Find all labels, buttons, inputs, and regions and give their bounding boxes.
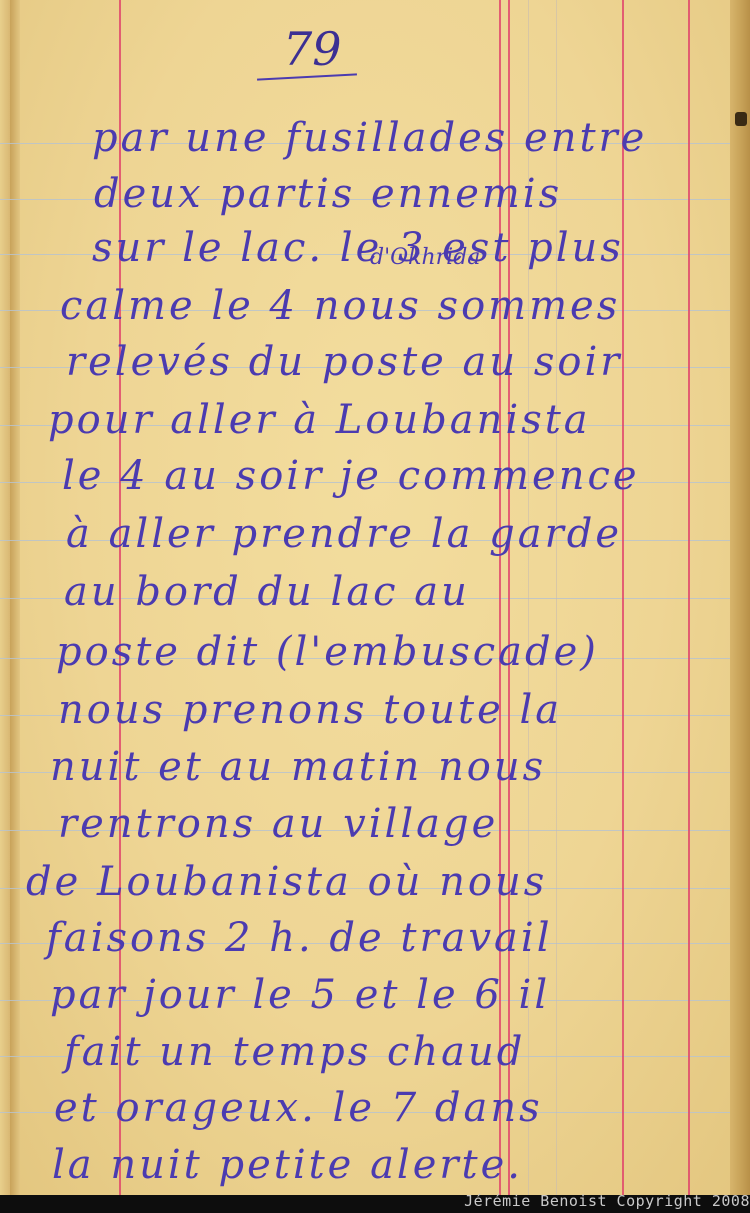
handwritten-line: nuit et au matin nous (50, 747, 546, 787)
handwritten-line: nous prenons toute la (58, 690, 562, 730)
handwritten-line: de Loubanista où nous (26, 862, 547, 902)
handwritten-line: fait un temps chaud (64, 1032, 525, 1072)
handwritten-line: la nuit petite alerte. (52, 1145, 523, 1185)
insertion-okhrida: d'Okhrida (370, 245, 480, 270)
notebook-page: 79 par une fusillades entre deux partis … (0, 0, 750, 1195)
handwritten-line: par une fusillades entre (92, 118, 647, 158)
handwritten-line: relevés du poste au soir (66, 342, 622, 382)
page-right-edge (730, 0, 750, 1195)
handwritten-line: rentrons au village (58, 804, 498, 844)
handwritten-line: par jour le 5 et le 6 il (50, 975, 550, 1015)
handwritten-line: et orageux. le 7 dans (54, 1088, 543, 1128)
handwritten-line: faisons 2 h. de travail (46, 918, 552, 958)
handwritten-line: calme le 4 nous sommes (60, 286, 620, 326)
ink-stain (735, 112, 747, 126)
handwritten-line: pour aller à Loubanista (48, 400, 591, 440)
handwritten-line: deux partis ennemis (94, 174, 562, 214)
copyright-watermark: Jérémie Benoist Copyright 2008 (464, 1192, 750, 1210)
handwritten-line: au bord du lac au (64, 572, 470, 612)
handwritten-line: poste dit (l'embuscade) (56, 632, 599, 672)
handwritten-line: le 4 au soir je commence (62, 456, 640, 496)
handwritten-line: sur le lac. le 3 est plus (92, 228, 624, 268)
handwritten-line: à aller prendre la garde (66, 514, 622, 554)
column-line (622, 0, 624, 1195)
column-line (688, 0, 690, 1195)
page-number: 79 (283, 22, 342, 76)
